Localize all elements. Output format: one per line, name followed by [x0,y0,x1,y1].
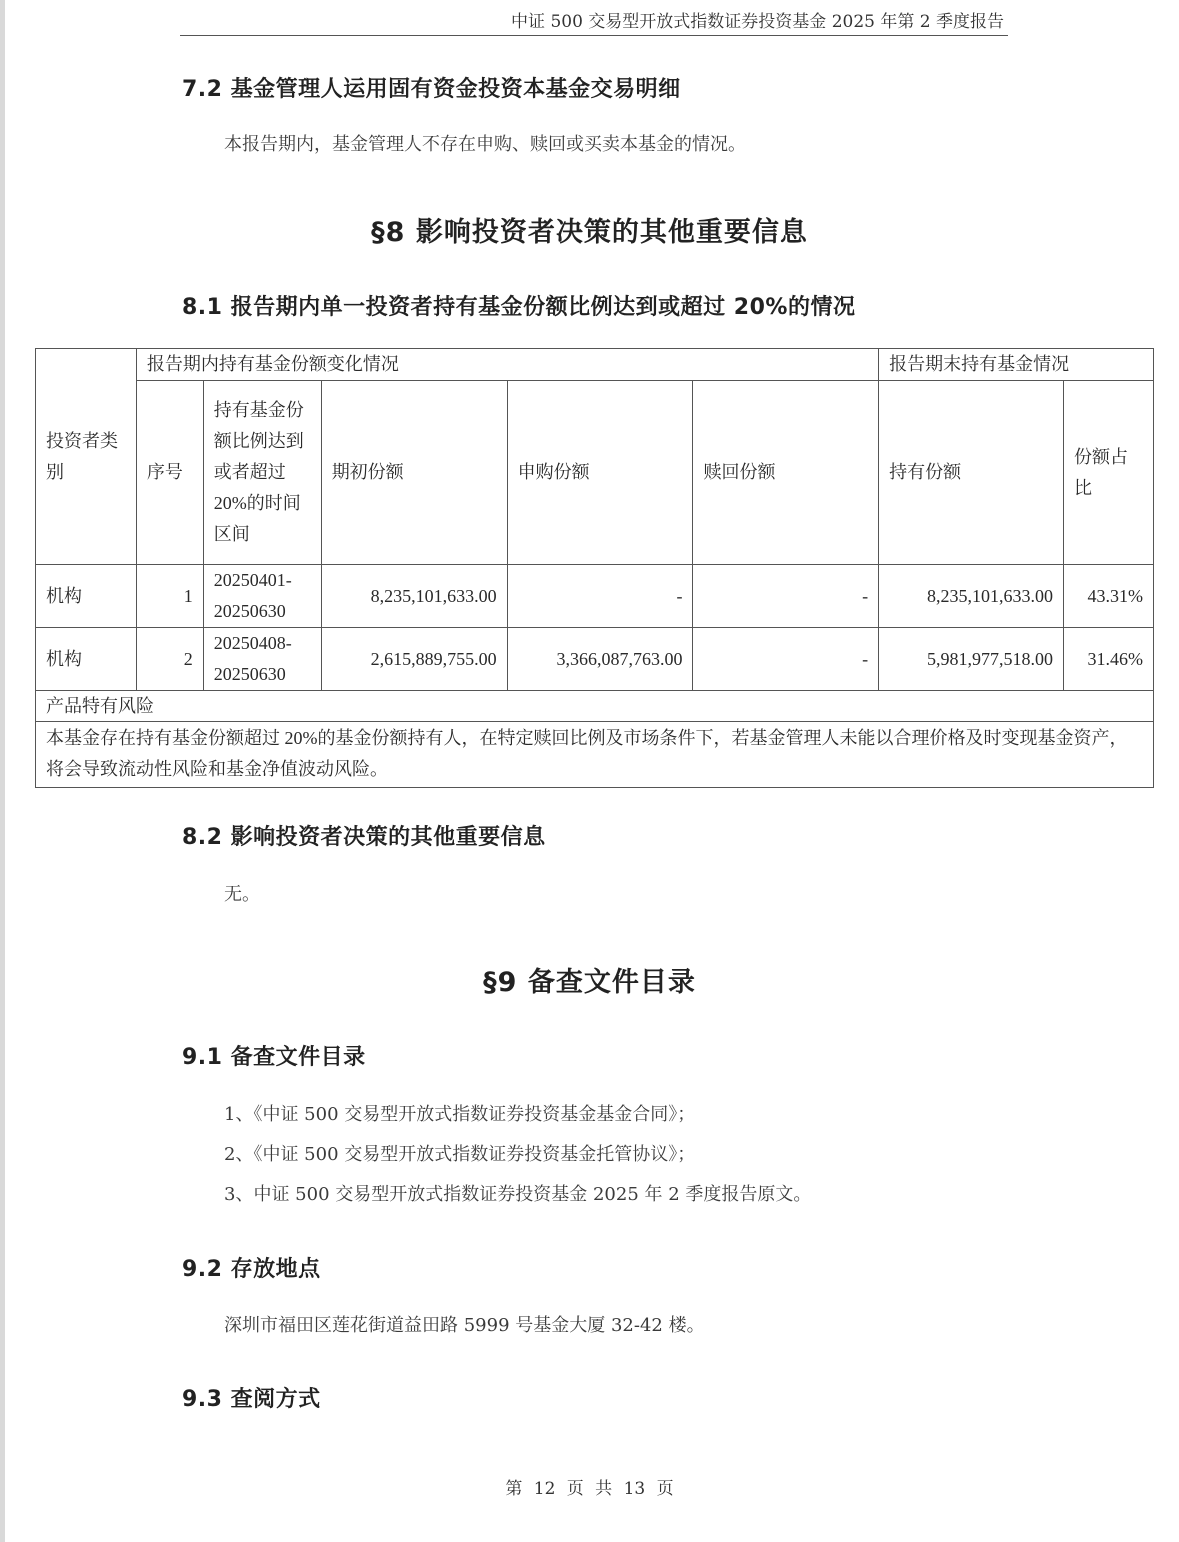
col-header-redemption: 赎回份额 [693,381,879,565]
col-header-period: 持有基金份额比例达到或者超过 20%的时间区间 [203,381,321,565]
group-header-change: 报告期内持有基金份额变化情况 [136,349,878,381]
cell-opening: 2,615,889,755.00 [321,628,507,691]
col-header-investor-type: 投资者类别 [36,349,137,565]
cell-seq: 2 [136,628,203,691]
cell-seq: 1 [136,565,203,628]
col-header-holding: 持有份额 [879,381,1064,565]
doc-list-item: 2、《中证 500 交易型开放式指数证券投资基金托管协议》； [224,1140,695,1166]
risk-title: 产品特有风险 [36,691,1154,722]
section-8-title: §8 影响投资者决策的其他重要信息 [0,210,1179,249]
section-9-title: §9 备查文件目录 [0,960,1179,999]
section-7-2-heading: 7.2 基金管理人运用固有资金投资本基金交易明细 [182,72,681,103]
doc-list-item: 3、中证 500 交易型开放式指数证券投资基金 2025 年 2 季度报告原文。 [224,1180,811,1206]
table-row: 机构 2 20250408-20250630 2,615,889,755.00 … [36,628,1154,691]
page-header: 中证 500 交易型开放式指数证券投资基金 2025 年第 2 季度报告 [180,8,1008,36]
cell-investor-type: 机构 [36,565,137,628]
section-9-1-heading: 9.1 备查文件目录 [182,1040,366,1071]
table-row: 机构 1 20250401-20250630 8,235,101,633.00 … [36,565,1154,628]
cell-opening: 8,235,101,633.00 [321,565,507,628]
section-8-2-body: 无。 [224,880,260,906]
cell-redemption: - [693,565,879,628]
col-header-subscription: 申购份额 [507,381,693,565]
cell-period: 20250408-20250630 [203,628,321,691]
doc-list-item: 1、《中证 500 交易型开放式指数证券投资基金基金合同》； [224,1100,695,1126]
period-start: 20250408- [214,628,311,659]
cell-period: 20250401-20250630 [203,565,321,628]
period-start: 20250401- [214,565,311,596]
cell-redemption: - [693,628,879,691]
cell-holding: 5,981,977,518.00 [879,628,1064,691]
period-end: 20250630 [214,659,311,690]
cell-investor-type: 机构 [36,628,137,691]
cell-ratio: 43.31% [1063,565,1153,628]
col-header-ratio: 份额占比 [1063,381,1153,565]
group-header-end: 报告期末持有基金情况 [879,349,1154,381]
cell-subscription: - [507,565,693,628]
page-number: 第 12 页 共 13 页 [0,1474,1179,1499]
cell-subscription: 3,366,087,763.00 [507,628,693,691]
large-holder-table: 投资者类别 报告期内持有基金份额变化情况 报告期末持有基金情况 序号 持有基金份… [35,348,1154,788]
cell-ratio: 31.46% [1063,628,1153,691]
section-9-2-heading: 9.2 存放地点 [182,1252,321,1283]
section-8-2-heading: 8.2 影响投资者决策的其他重要信息 [182,820,546,851]
cell-holding: 8,235,101,633.00 [879,565,1064,628]
section-7-2-body: 本报告期内，基金管理人不存在申购、赎回或买卖本基金的情况。 [224,130,746,156]
section-8-1-heading: 8.1 报告期内单一投资者持有基金份额比例达到或超过 20%的情况 [182,290,855,321]
risk-text: 本基金存在持有基金份额超过 20%的基金份额持有人，在特定赎回比例及市场条件下，… [36,722,1154,788]
period-end: 20250630 [214,596,311,627]
section-9-3-heading: 9.3 查阅方式 [182,1382,321,1413]
section-9-2-body: 深圳市福田区莲花街道益田路 5999 号基金大厦 32-42 楼。 [224,1311,705,1337]
col-header-seq: 序号 [136,381,203,565]
col-header-opening: 期初份额 [321,381,507,565]
